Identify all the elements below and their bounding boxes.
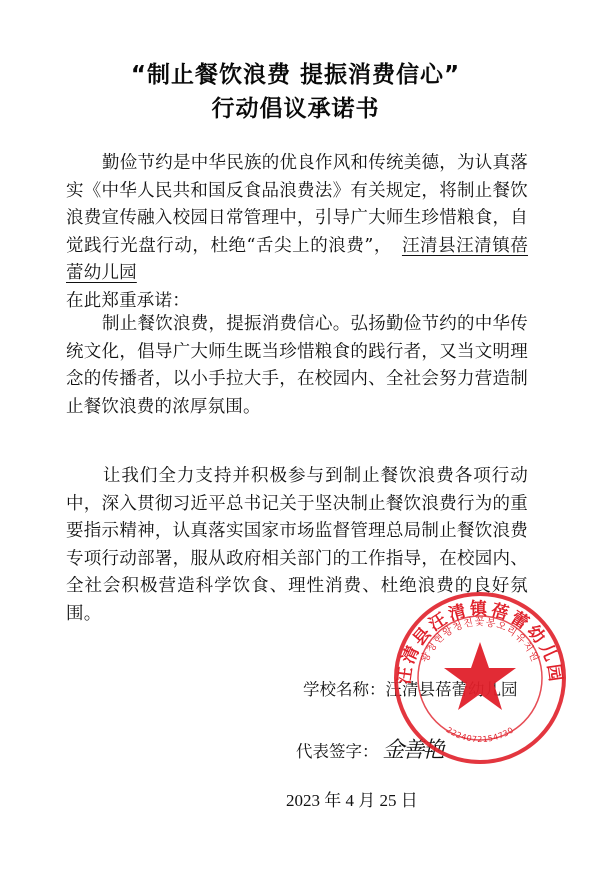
svg-text:2224072154730: 2224072154730 (445, 725, 516, 744)
star-icon (444, 642, 516, 710)
paragraph-2-text: 制止餐饮浪费，提振消费信心。弘扬勤俭节约的中华传统文化，倡导广大师生既当珍惜粮食… (66, 314, 528, 417)
document-title-line2: 行动倡议承诺书 (0, 90, 591, 123)
paragraph-1: 勤俭节约是中华民族的优良作风和传统美德，为认真落实《中华人民共和国反食品浪费法》… (66, 150, 528, 315)
official-seal: 汪清县汪清镇蓓蕾幼儿园 왕청현왕청진꽃봉오리유치원 2224072154730 (392, 590, 568, 766)
paragraph-2: 制止餐饮浪费，提振消费信心。弘扬勤俭节约的中华传统文化，倡导广大师生既当珍惜粮食… (66, 311, 528, 421)
document-date: 2023 年 4 月 25 日 (286, 786, 418, 811)
rep-label: 代表签字： (296, 742, 379, 761)
document-title-line1: “制止餐饮浪费 提振消费信心” (0, 56, 591, 89)
paragraph-1-commitment: 在此郑重承诺： (66, 291, 190, 311)
seal-number: 2224072154730 (445, 725, 516, 744)
school-label: 学校名称： (303, 680, 386, 699)
